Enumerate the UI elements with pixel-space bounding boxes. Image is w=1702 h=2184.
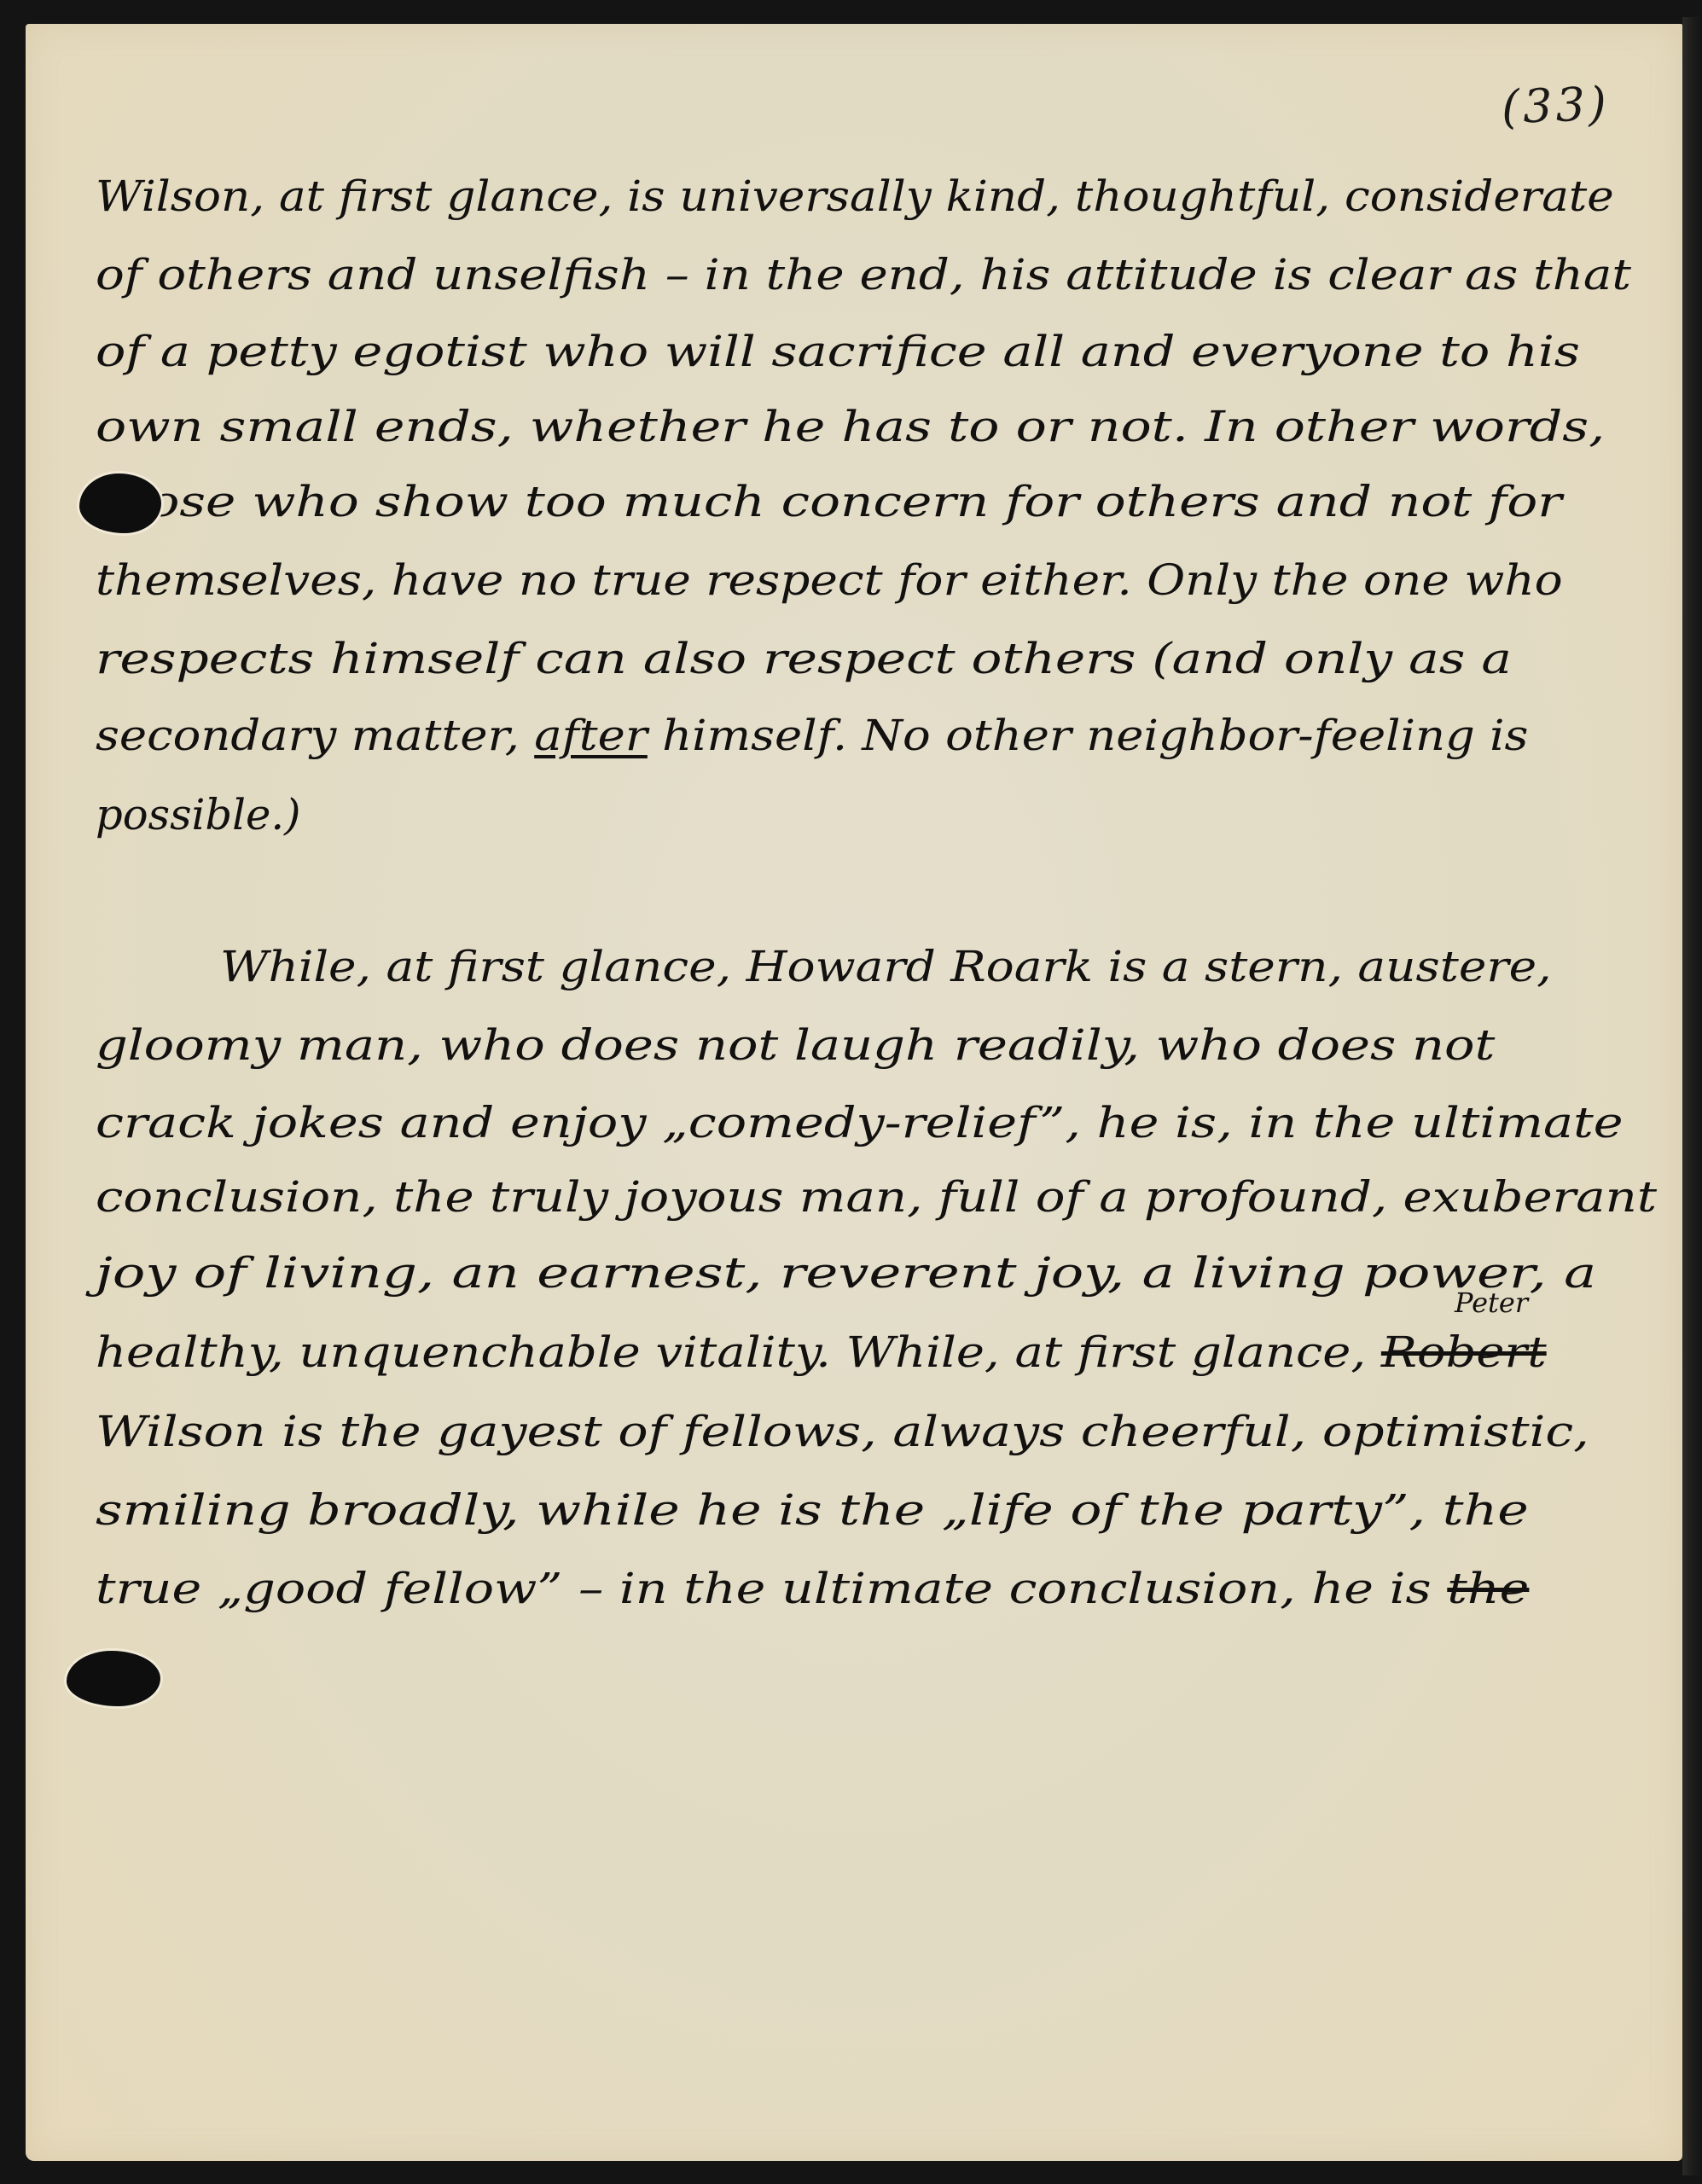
manuscript-line: crack jokes and enjoy „comedy-relief”, h… <box>96 1097 1624 1148</box>
line-text: conclusion, the truly joyous man, full o… <box>96 1172 1657 1222</box>
punch-hole <box>67 1651 160 1706</box>
inserted-word: Peter <box>1455 1287 1528 1319</box>
struck-out-word: Robert <box>1381 1327 1547 1377</box>
line-text: of others and unselfish – in the end, hi… <box>96 250 1631 299</box>
manuscript-line: gloomy man, who does not laugh readily, … <box>96 1019 1495 1071</box>
line-text: of a petty egotist who will sacrifice al… <box>96 327 1580 376</box>
line-text: secondary matter, <box>96 711 534 760</box>
line-text: those who show too much concern for othe… <box>96 477 1562 526</box>
manuscript-line: smiling broadly, while he is the „life o… <box>96 1484 1529 1536</box>
manuscript-line: secondary matter, after himself. No othe… <box>96 710 1528 761</box>
manuscript-line: Wilson, at first glance, is universally … <box>96 171 1614 222</box>
line-text: Wilson, at first glance, is universally … <box>96 171 1614 221</box>
line-text: Wilson is the gayest of fellows, always … <box>96 1407 1589 1456</box>
manuscript-line: true „good fellow” – in the ultimate con… <box>96 1563 1529 1614</box>
line-text: healthy, unquenchable vitality. While, a… <box>96 1327 1381 1377</box>
line-text: possible.) <box>96 790 300 839</box>
manuscript-line: own small ends, whether he has to or not… <box>96 401 1605 452</box>
manuscript-line: joy of living, an earnest, reverent joy,… <box>96 1247 1596 1298</box>
punch-hole <box>79 473 161 533</box>
line-text: gloomy man, who does not laugh readily, … <box>96 1020 1495 1070</box>
line-text: true „good fellow” – in the ultimate con… <box>96 1564 1447 1613</box>
manuscript-line: While, at first glance, Howard Roark is … <box>220 941 1552 992</box>
line-text: smiling broadly, while he is the „life o… <box>96 1485 1529 1535</box>
manuscript-line: of a petty egotist who will sacrifice al… <box>96 326 1580 377</box>
line-text: own small ends, whether he has to or not… <box>96 402 1605 451</box>
line-text: crack jokes and enjoy „comedy-relief”, h… <box>96 1098 1624 1147</box>
manuscript-line: themselves, have no true respect for eit… <box>96 555 1563 606</box>
line-text: While, at first glance, Howard Roark is … <box>220 942 1552 991</box>
line-text: joy of living, an earnest, reverent joy,… <box>96 1248 1596 1298</box>
line-text: himself. No other neighbor-feeling is <box>648 711 1529 760</box>
manuscript-line: those who show too much concern for othe… <box>96 476 1562 527</box>
manuscript-line: conclusion, the truly joyous man, full o… <box>96 1171 1657 1223</box>
underlined-word: after <box>534 711 648 760</box>
manuscript-line: respects himself can also respect others… <box>96 633 1512 684</box>
page-number: (33) <box>1501 77 1611 134</box>
manuscript-line: of others and unselfish – in the end, hi… <box>96 249 1631 300</box>
struck-out-word: the <box>1447 1564 1529 1613</box>
scanner-background-edge <box>1682 17 1702 2175</box>
manuscript-line: Wilson is the gayest of fellows, always … <box>96 1406 1589 1457</box>
line-text: respects himself can also respect others… <box>96 634 1512 683</box>
line-text: themselves, have no true respect for eit… <box>96 555 1563 605</box>
manuscript-line: healthy, unquenchable vitality. While, a… <box>96 1327 1547 1378</box>
manuscript-line: possible.) <box>96 789 300 840</box>
